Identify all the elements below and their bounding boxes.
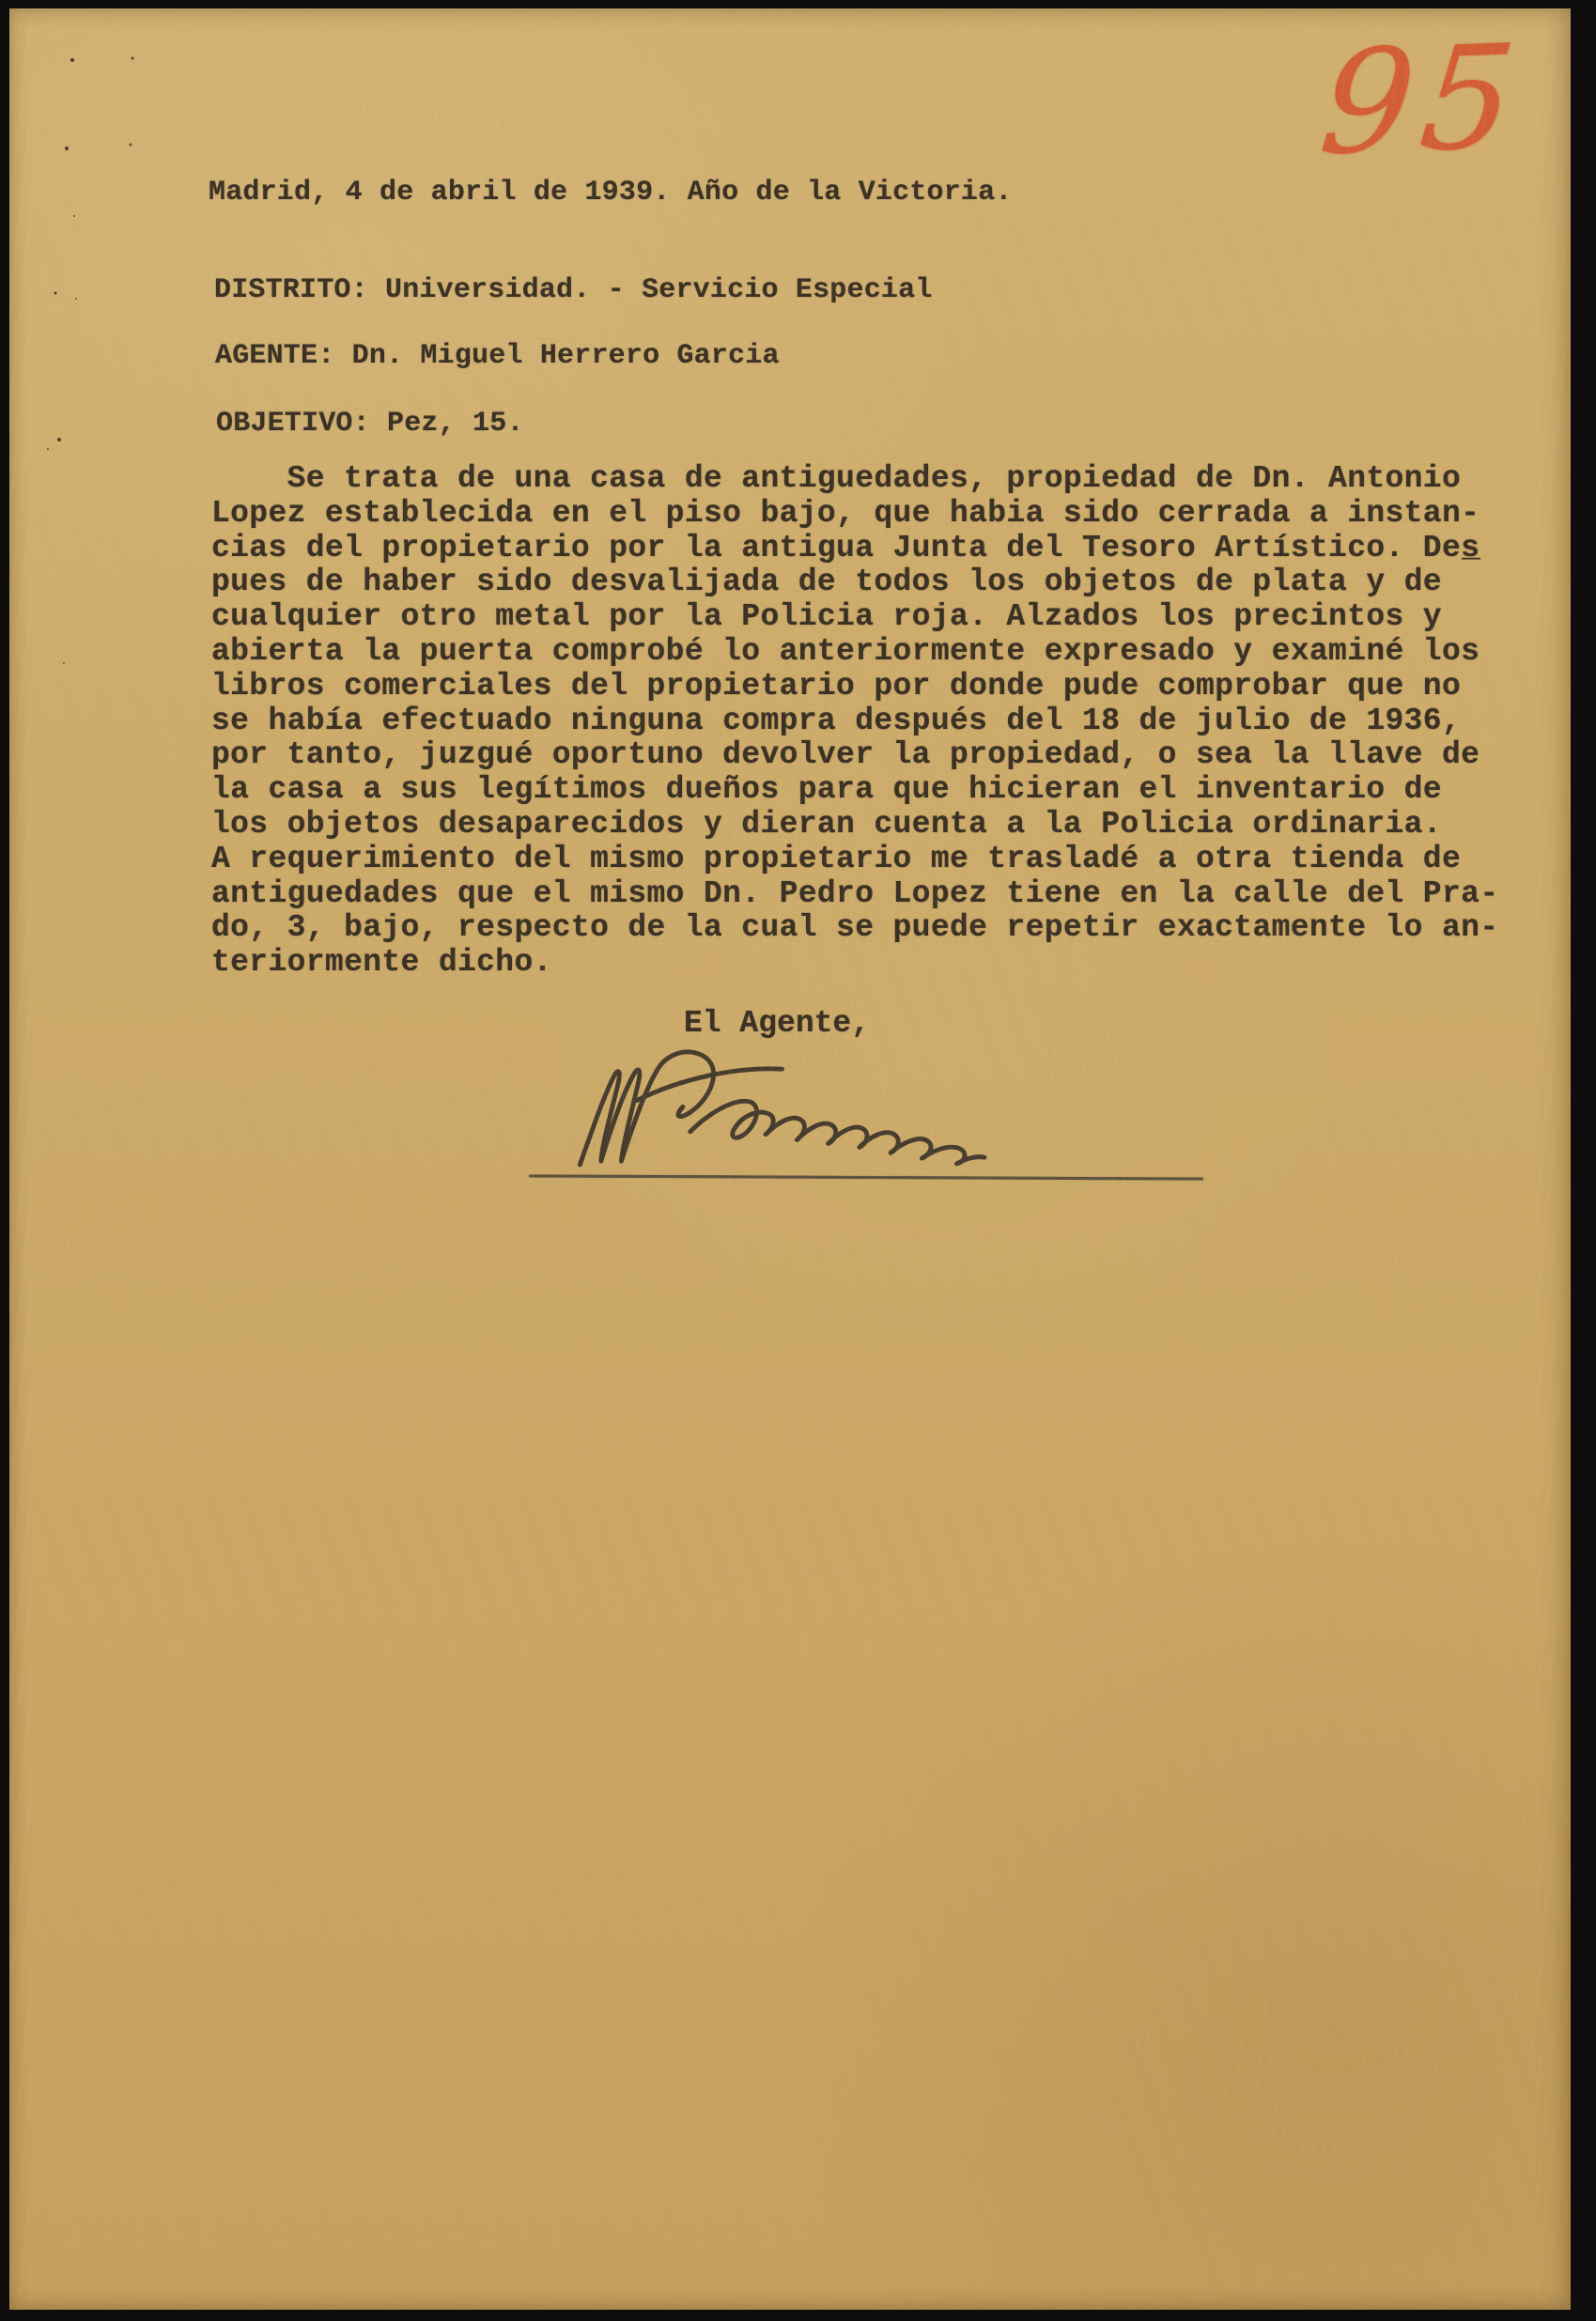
document-page: 95 Madrid, 4 de abril de 1939. Año de la… [9, 8, 1571, 2310]
text-line: abierta la puerta comprobé lo anteriorme… [211, 635, 1498, 670]
text-line: teriormente dicho. [211, 946, 1498, 981]
text-line: pues de haber sido desvalijada de todos … [211, 565, 1498, 600]
text-line: la casa a sus legítimos dueños para que … [211, 773, 1498, 808]
objective-line: OBJETIVO: Pez, 15. [216, 405, 524, 442]
signature-closing: El Agente, [684, 1006, 870, 1041]
text-line: Se trata de una casa de antiguedades, pr… [211, 462, 1498, 497]
report-paragraph: Se trata de una casa de antiguedades, pr… [211, 462, 1498, 981]
text-line: cualquier otro metal por la Policia roja… [211, 600, 1498, 635]
text-line: por tanto, juzgué oportuno devolver la p… [211, 738, 1498, 773]
text-line: libros comerciales del propietario por d… [211, 670, 1498, 704]
ink-specks [9, 8, 15, 14]
district-line: DISTRITO: Universidad. - Servicio Especi… [214, 271, 933, 309]
text-line: Lopez establecida en el piso bajo, que h… [211, 497, 1498, 532]
text-line: se había efectuado ninguna compra despué… [211, 704, 1498, 739]
text-line: do, 3, bajo, respecto de la cual se pued… [211, 911, 1498, 946]
agent-line: AGENTE: Dn. Miguel Herrero Garcia [215, 337, 780, 375]
date-line: Madrid, 4 de abril de 1939. Año de la Vi… [209, 174, 1013, 211]
page-number: 95 [1315, 25, 1529, 175]
text-line: los objetos desaparecidos y dieran cuent… [211, 808, 1498, 843]
text-line: antiguedades que el mismo Dn. Pedro Lope… [211, 877, 1498, 912]
scanned-document: 95 Madrid, 4 de abril de 1939. Año de la… [0, 0, 1596, 2321]
text-line: A requerimiento del mismo propietario me… [211, 843, 1498, 877]
text-line: cias del propietario por la antigua Junt… [211, 532, 1498, 566]
